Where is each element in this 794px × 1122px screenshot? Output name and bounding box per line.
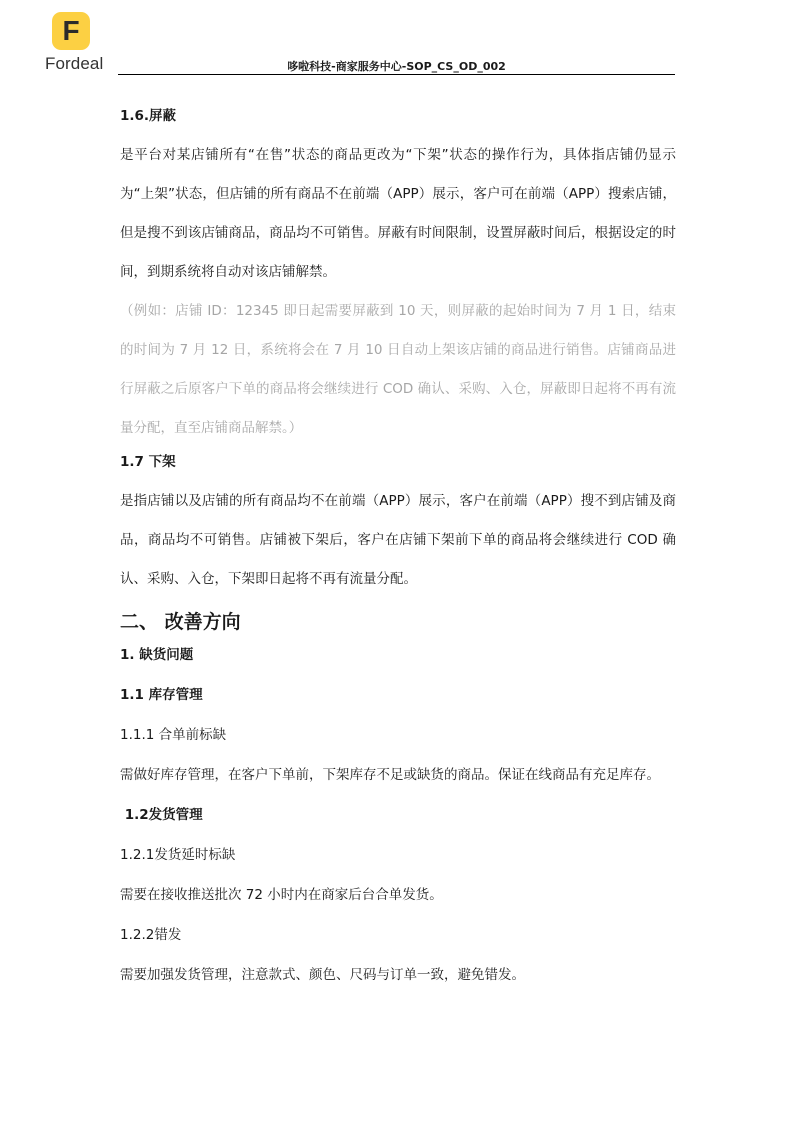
subheading-shipping: 1.2发货管理 (120, 803, 676, 827)
body-1-1-1: 需做好库存管理，在客户下单前，下架库存不足或缺货的商品。保证在线商品有充足库存。 (120, 763, 676, 787)
document-body: 1.6.屏蔽 是平台对某店铺所有“在售”状态的商品更改为“下架”状态的操作行为，… (120, 104, 676, 987)
subheading-1-2-2: 1.2.2错发 (120, 923, 676, 947)
subheading-inventory: 1.1 库存管理 (120, 683, 676, 707)
header-divider (118, 74, 675, 75)
section-body-1-6: 是平台对某店铺所有“在售”状态的商品更改为“下架”状态的操作行为，具体指店铺仍显… (120, 136, 676, 292)
section-body-1-7: 是指店铺以及店铺的所有商品均不在前端（APP）展示，客户在前端（APP）搜不到店… (120, 482, 676, 599)
section-heading-1-7: 1.7 下架 (120, 450, 676, 474)
body-1-2-1: 需要在接收推送批次 72 小时内在商家后台合单发货。 (120, 883, 676, 907)
fordeal-logo: F Fordeal (45, 12, 97, 74)
subheading-shortage: 1. 缺货问题 (120, 643, 676, 667)
chapter-heading-2: 二、 改善方向 (120, 607, 676, 637)
section-note-1-6: （例如：店铺 ID：12345 即日起需要屏蔽到 10 天，则屏蔽的起始时间为 … (120, 292, 676, 448)
subheading-1-2-1: 1.2.1发货延时标缺 (120, 843, 676, 867)
subheading-1-1-1: 1.1.1 合单前标缺 (120, 723, 676, 747)
document-header-title: 哆啦科技-商家服务中心-SOP_CS_OD_002 (118, 58, 675, 74)
logo-mark-icon: F (52, 12, 90, 50)
section-heading-1-6: 1.6.屏蔽 (120, 104, 676, 128)
logo-text: Fordeal (45, 54, 97, 74)
body-1-2-2: 需要加强发货管理，注意款式、颜色、尺码与订单一致，避免错发。 (120, 963, 676, 987)
